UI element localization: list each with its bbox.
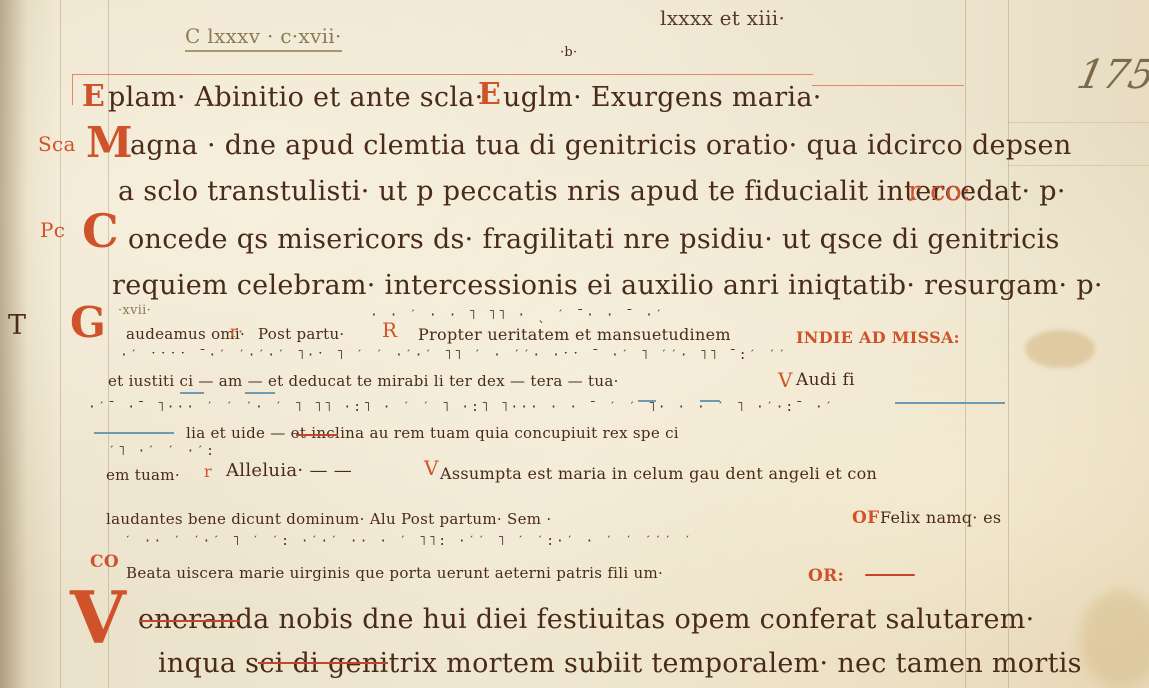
header-right-numerals: lxxxx et xiii· xyxy=(660,6,785,30)
neumes-row: ˊ ·· ˊ ˊ·ˊ ˥ ˊ ˊ: ·ˊ·ˊ ·· · ˊ ˥˥: ·ˊˊ ˥ … xyxy=(124,534,693,549)
header-left-numerals: C lxxxv · c·xvii· xyxy=(185,24,342,52)
ruling-line xyxy=(1008,165,1149,166)
red-flourish xyxy=(865,574,915,576)
ruling-line xyxy=(965,0,966,688)
red-line xyxy=(296,434,338,436)
ruling-line xyxy=(1008,0,1009,688)
neumes-row: · · ˊ · · ˥ ˥˥ · ˎ ˊ ˉ· · ˉ ·ˊ xyxy=(370,308,665,323)
blue-line xyxy=(245,392,275,394)
small-note: ·b· xyxy=(560,45,578,60)
chant-text-post-partu: Post partu· xyxy=(258,325,344,343)
blue-line xyxy=(94,432,174,434)
manuscript-line-2: agna · dne apud clemtia tua di genitrici… xyxy=(130,130,1072,161)
chant-text-audi-fi: Audi fi xyxy=(796,370,855,390)
stain xyxy=(1025,330,1095,368)
manuscript-line-12: eneranda nobis dne hui diei festiuitas o… xyxy=(138,604,1035,635)
rubric-frame xyxy=(812,85,964,87)
rubric-suffix-co: r co: xyxy=(908,176,971,207)
margin-rubric-pc: Pc xyxy=(40,218,65,242)
initial-letter-c: C xyxy=(82,208,119,254)
ruling-line xyxy=(1008,122,1149,123)
neumes-row: ˊ˥ ·ˊ ˊ ·ˊ: xyxy=(108,444,216,459)
rubric-oratio: OR: xyxy=(808,566,844,586)
strikethrough-line xyxy=(258,662,388,664)
rubric-r: r· xyxy=(230,322,243,341)
folio-number: 175 xyxy=(1073,52,1149,98)
blue-line xyxy=(895,402,1005,404)
chant-line-8: lia et uide — et inclina au rem tuam qui… xyxy=(186,424,679,442)
rubric-verse: V xyxy=(778,368,793,392)
neumes-row: ·ˊ ˑˑˑˑ ˉ·ˊ ˊ·ˊ·ˊ ˥·ˑ ˥ ˊ ˊ ·ˊ·ˊ ˥˥ ˊ · … xyxy=(120,348,788,363)
manuscript-line-1: plam· Abinitio et ante scla· xyxy=(108,82,484,113)
chant-text-assumpta: Assumpta est maria in celum gau dent ang… xyxy=(440,464,877,483)
manuscript-line-13: inqua sci di genitrix mortem subiit temp… xyxy=(158,648,1082,679)
chant-text-audeamus: audeamus omi· xyxy=(126,325,245,343)
manuscript-line-4: oncede qs misericors ds· fragilitati nre… xyxy=(128,224,1060,255)
rubric-r: r xyxy=(204,462,212,481)
ruling-line xyxy=(60,0,61,688)
initial-letter-m: M xyxy=(86,122,133,164)
rubric-response: R xyxy=(382,318,397,342)
chant-text-alleluia: Alleluia· — — xyxy=(226,460,352,481)
margin-mark: T xyxy=(8,310,26,341)
neumes-row: ·ˊˉ ·ˉ ˥··· ˊ ˊ ˊ· ˊ ˥ ˥˥ ·:˥ · ˊ ˊ ˥ ·:… xyxy=(88,400,835,415)
gutter-shadow xyxy=(0,0,28,688)
initial-letter-g: G xyxy=(70,302,106,344)
initial-letter-v: V xyxy=(70,582,126,654)
blue-line xyxy=(180,392,204,394)
rubric-title-in-die-ad-missa: INDIE AD MISSA: xyxy=(796,328,960,347)
margin-rubric-communion: CO xyxy=(90,552,119,572)
chant-line-11: Beata uiscera marie uirginis que porta u… xyxy=(126,564,663,582)
chant-text-em-tuam: em tuam· xyxy=(106,466,180,484)
manuscript-line-5: requiem celebram· intercessionis ei auxi… xyxy=(112,270,1103,301)
superscript-numeral: ·xvii· xyxy=(118,303,151,318)
rubric-offertory: OF xyxy=(852,508,879,528)
chant-text-felix-namque: Felix namq· es xyxy=(880,508,1001,527)
rubric-verse: V xyxy=(424,456,439,480)
rubric-initial-e: E xyxy=(478,80,501,110)
chant-text-propter: Propter ueritatem et mansuetudinem xyxy=(418,325,731,344)
margin-rubric-sca: Sca xyxy=(38,132,76,156)
strikethrough-line xyxy=(140,620,240,622)
chant-line-7: et iustiti ci — am — et deducat te mirab… xyxy=(108,372,619,390)
manuscript-line-1b: uglm· Exurgens maria· xyxy=(503,82,822,113)
initial-letter-e: E xyxy=(82,82,105,112)
chant-line-10: laudantes bene dicunt dominum· Alu Post … xyxy=(106,510,551,528)
